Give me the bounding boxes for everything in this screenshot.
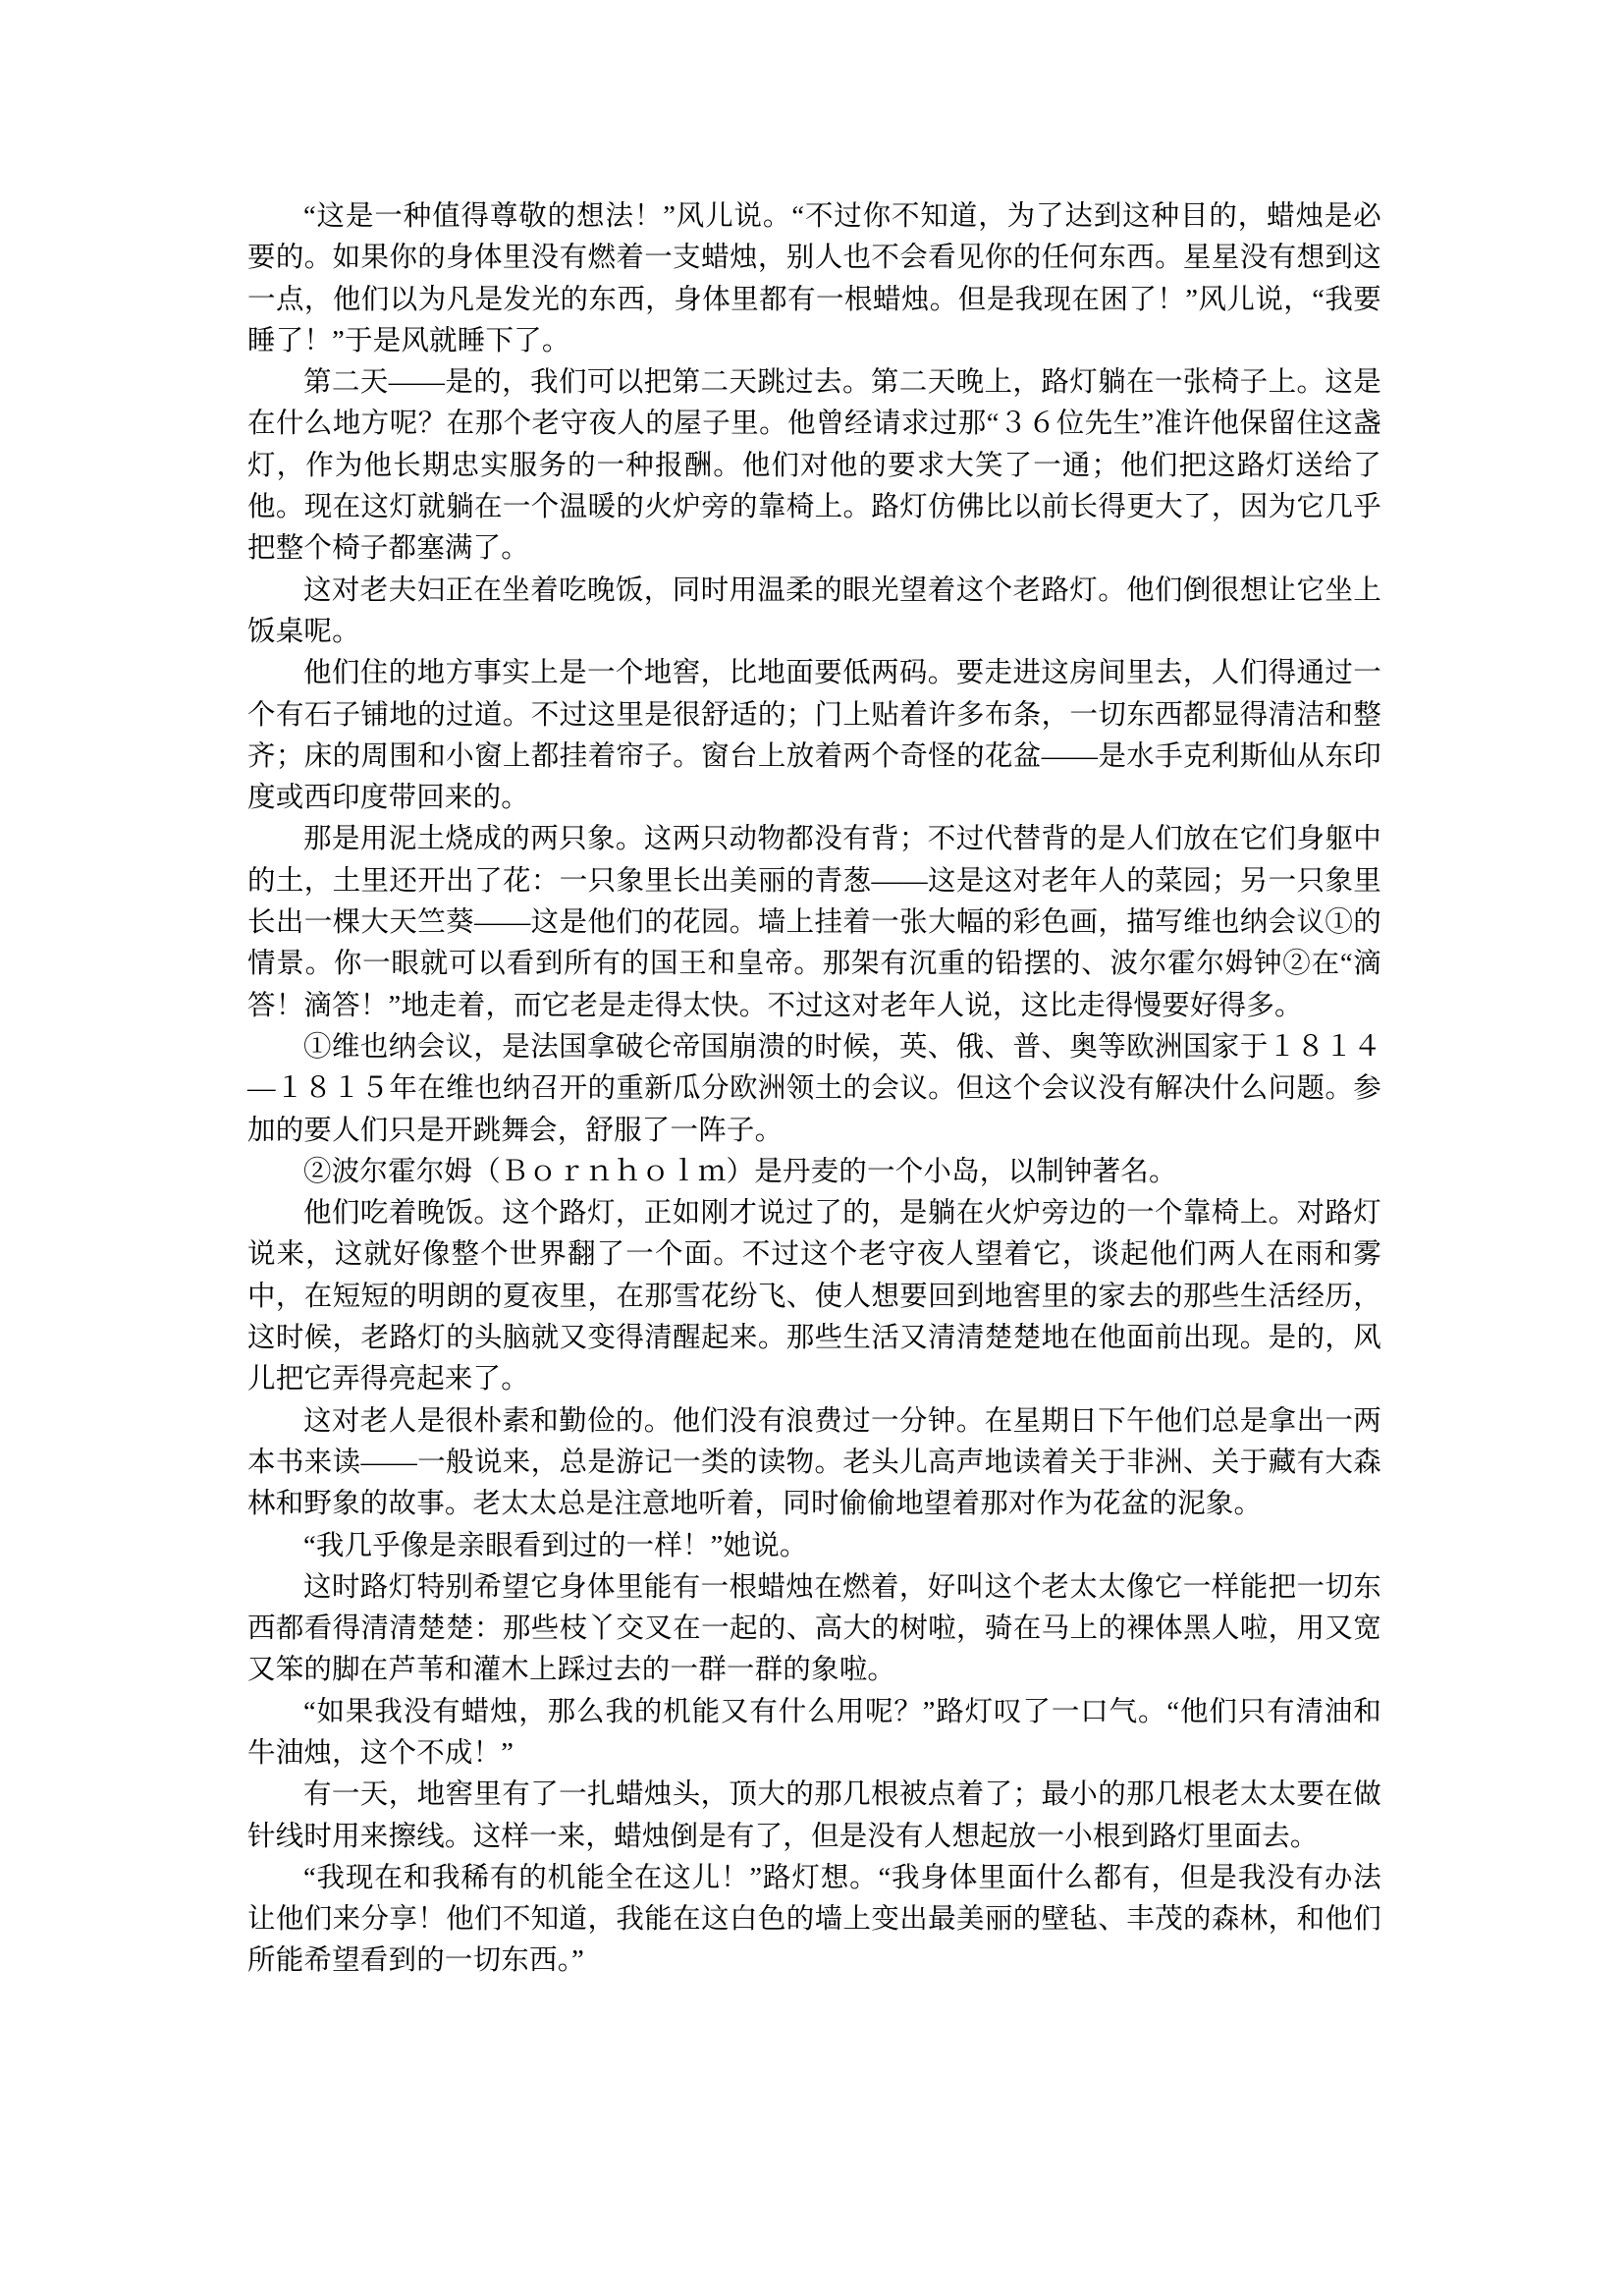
- paragraph: 有一天，地窖里有了一扎蜡烛头，顶大的那几根被点着了；最小的那几根老太太要在做针线…: [247, 1775, 1381, 1858]
- document-page: “这是一种值得尊敬的想法！”风儿说。“不过你不知道，为了达到这种目的，蜡烛是必要…: [0, 0, 1623, 2296]
- paragraph: 他们住的地方事实上是一个地窖，比地面要低两码。要走进这房间里去，人们得通过一个有…: [247, 653, 1381, 819]
- paragraph: 这时路灯特别希望它身体里能有一根蜡烛在燃着，好叫这个老太太像它一样能把一切东西都…: [247, 1567, 1381, 1692]
- paragraph: “我几乎像是亲眼看到过的一样！”她说。: [247, 1526, 1381, 1567]
- paragraph: “我现在和我稀有的机能全在这儿！”路灯想。“我身体里面什么都有，但是我没有办法让…: [247, 1858, 1381, 1983]
- paragraph: “如果我没有蜡烛，那么我的机能又有什么用呢？”路灯叹了一口气。“他们只有清油和牛…: [247, 1692, 1381, 1776]
- paragraph: 这对老人是很朴素和勤俭的。他们没有浪费过一分钟。在星期日下午他们总是拿出一两本书…: [247, 1401, 1381, 1526]
- paragraph: 这对老夫妇正在坐着吃晚饭，同时用温柔的眼光望着这个老路灯。他们倒很想让它坐上饭桌…: [247, 571, 1381, 654]
- paragraph-footnote: ②波尔霍尔姆（Ｂｏｒｎｈｏｌｍ）是丹麦的一个小岛，以制钟著名。: [247, 1152, 1381, 1193]
- document-body: “这是一种值得尊敬的想法！”风儿说。“不过你不知道，为了达到这种目的，蜡烛是必要…: [247, 196, 1381, 1983]
- paragraph: 第二天——是的，我们可以把第二天跳过去。第二天晚上，路灯躺在一张椅子上。这是在什…: [247, 362, 1381, 570]
- paragraph: “这是一种值得尊敬的想法！”风儿说。“不过你不知道，为了达到这种目的，蜡烛是必要…: [247, 196, 1381, 362]
- paragraph: 那是用泥土烧成的两只象。这两只动物都没有背；不过代替背的是人们放在它们身躯中的土…: [247, 819, 1381, 1026]
- paragraph: 他们吃着晚饭。这个路灯，正如刚才说过了的，是躺在火炉旁边的一个靠椅上。对路灯说来…: [247, 1193, 1381, 1400]
- paragraph-footnote: ①维也纳会议，是法国拿破仑帝国崩溃的时候，英、俄、普、奥等欧洲国家于１８１４—１…: [247, 1027, 1381, 1152]
